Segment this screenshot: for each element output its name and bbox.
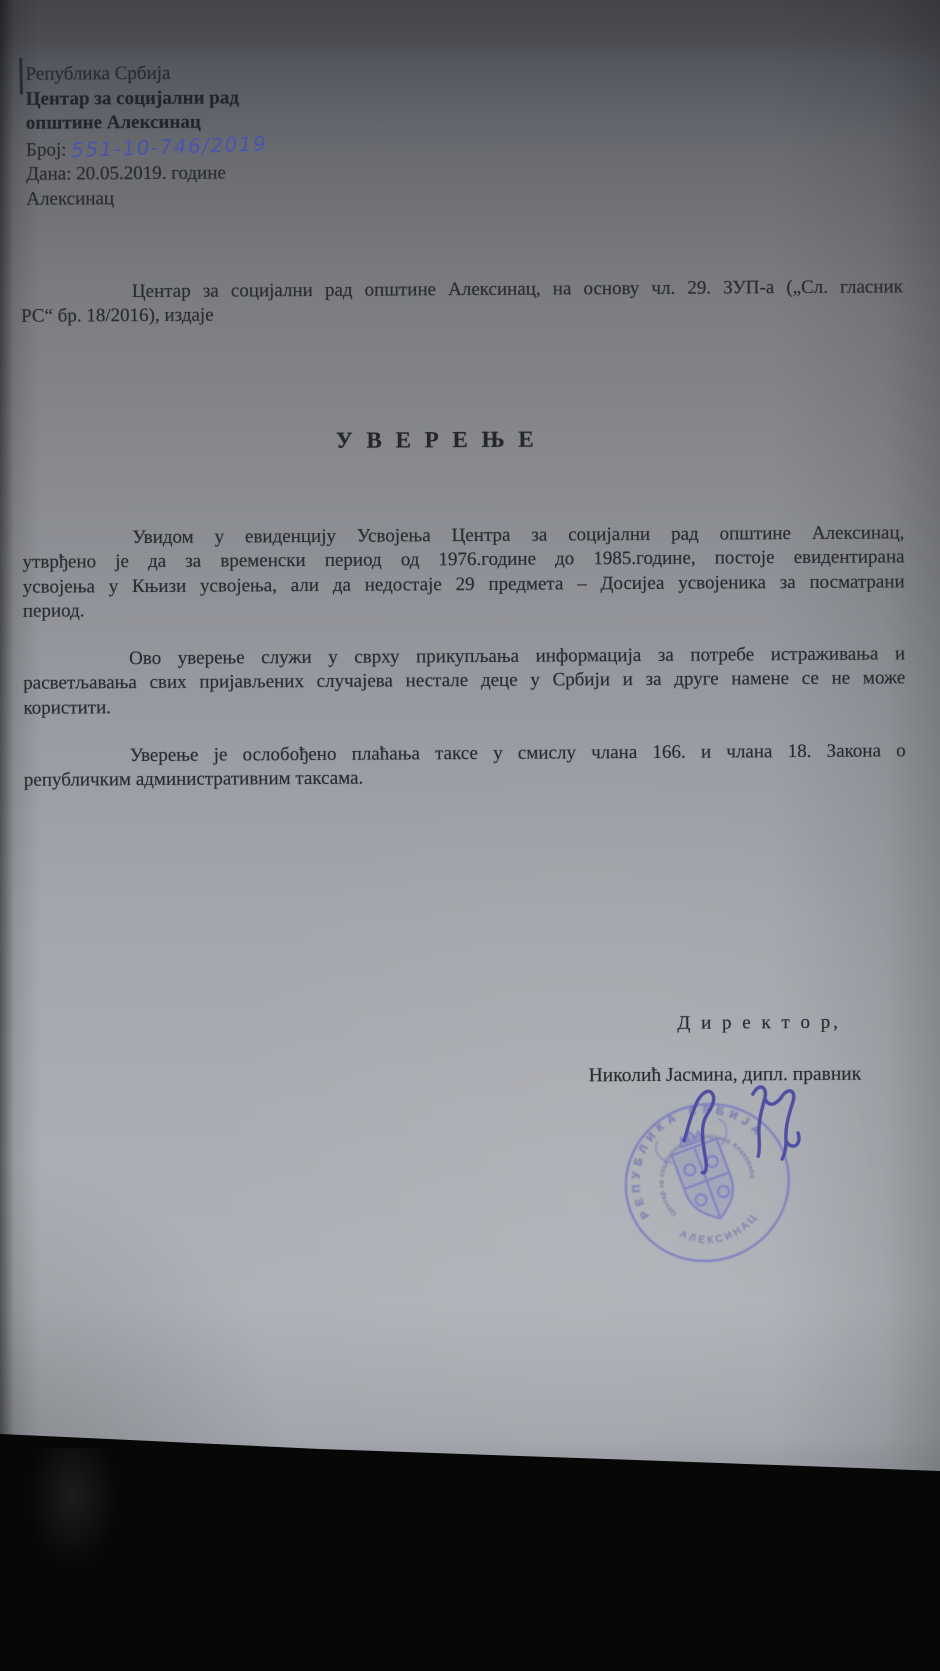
stamp-seal: РЕПУБЛИКА СРБИЈА Центар за социјални рад… (603, 1080, 811, 1284)
letterhead-org-line1: Центар за социјални рад (26, 86, 268, 112)
intro-paragraph: Центар за социјални рад општине Алексина… (21, 275, 903, 329)
paragraph-line: републичким административним таксама. (24, 764, 906, 794)
document-photo: Република Србија Центар за социјални рад… (0, 0, 940, 1671)
letterhead: Република Србија Центар за социјални рад… (25, 61, 267, 211)
official-stamp: РЕПУБЛИКА СРБИЈА Центар за социјални рад… (556, 1032, 858, 1334)
letterhead-country: Република Србија (25, 61, 267, 87)
document-content: Република Србија Центар за социјални рад… (0, 0, 940, 1671)
document-title: У В Е Р Е Њ Е (22, 424, 904, 455)
date-label: Дана: (26, 163, 71, 184)
letterhead-place: Алексинац (26, 186, 268, 212)
date-value: 20.05.2019. године (76, 162, 226, 184)
case-number-line: Број: 551-10-746/2019 (26, 135, 268, 163)
body-paragraph-2: Ово уверење служи у сврху прикупљања инф… (23, 642, 905, 720)
body-paragraph-3: Уверење је ослобођено плаћања таксе у см… (24, 739, 906, 793)
case-number-label: Број: (26, 139, 67, 160)
edge-pen-mark (19, 58, 23, 95)
case-number-handwritten: 551-10-746/2019 (71, 131, 268, 162)
paragraph-line: РС“ бр. 18/2016), издаје (21, 300, 903, 330)
body-paragraph-1: Увидом у евиденцију Усвојења Центра за с… (22, 521, 905, 624)
table-shadow-highlight (28, 1448, 118, 1568)
date-line: Дана: 20.05.2019. године (26, 161, 268, 187)
